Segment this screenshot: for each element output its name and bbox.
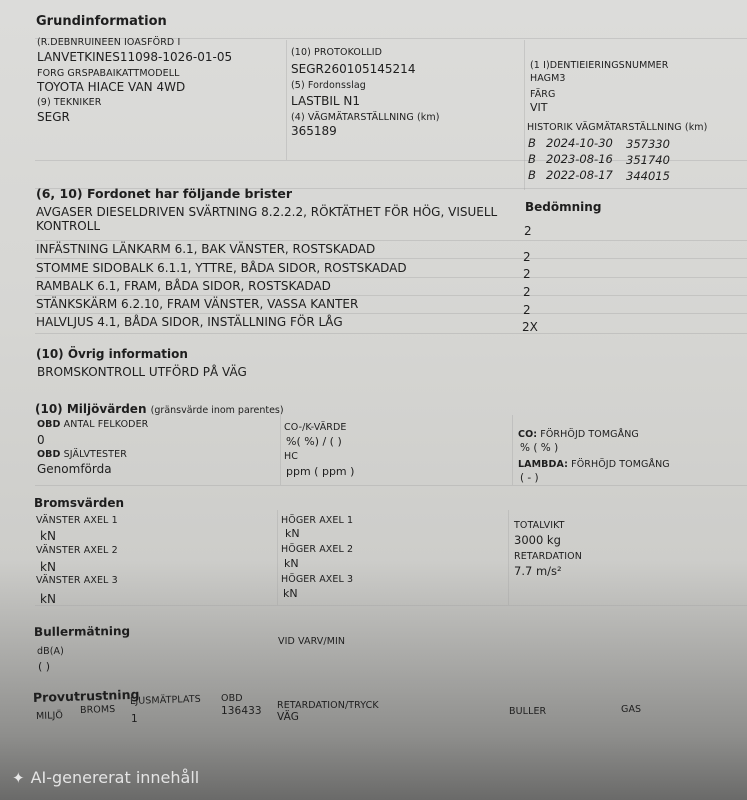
field-label-model: FORG GRSPABAIKATTMODELL	[37, 68, 180, 79]
field-label-hoger-axel-3: HÖGER AXEL 3	[281, 574, 353, 585]
defect-grade: 2	[523, 267, 531, 281]
field-label-co-tomgang: CO: FÖRHÖJD TOMGÅNG	[518, 429, 639, 440]
field-value-retardation: 7.7 m/s²	[514, 564, 562, 578]
defect-item: STÄNKSKÄRM 6.2.10, FRAM VÄNSTER, VASSA K…	[36, 297, 358, 311]
sparkle-icon: ✦	[12, 769, 25, 787]
history-code: B	[528, 152, 536, 166]
defect-grade: 2X	[522, 320, 538, 334]
field-label-obd-sjalvtester: OBD SJÄLVTESTER	[37, 449, 127, 460]
field-label-retardation: RETARDATION	[514, 551, 582, 562]
divider	[35, 313, 747, 314]
section-title-bullermatning: Bullermätning	[34, 624, 130, 639]
field-label-vagmatarstallning: (4) VÄGMÄTARSTÄLLNING (km)	[291, 112, 440, 123]
divider	[35, 295, 747, 296]
divider	[280, 415, 281, 485]
field-label-retardation-tryck: RETARDATION/TRYCK	[277, 700, 379, 711]
divider	[286, 40, 287, 160]
field-value-vanster-axel-3: kN	[40, 592, 56, 606]
field-value-registration: LANVETKINES11098-1026-01-05	[37, 50, 232, 64]
section-title-miljovarden: (10) Miljövärden (gränsvärde inom parent…	[35, 402, 284, 416]
field-label-co-k-varde: CO-/K-VÄRDE	[284, 422, 347, 433]
field-label-vanster-axel-3: VÄNSTER AXEL 3	[36, 575, 118, 586]
field-label-obd: OBD	[221, 693, 243, 704]
divider	[35, 485, 747, 486]
field-value-tekniker: SEGR	[37, 110, 70, 124]
section-title-brister: (6, 10) Fordonet har följande brister	[36, 186, 292, 201]
history-code: B	[528, 136, 536, 150]
defect-grade: 2	[523, 285, 531, 299]
field-label-ljusmatplats: LJUSMÄTPLATS	[130, 694, 201, 707]
field-label-vanster-axel-2: VÄNSTER AXEL 2	[36, 545, 118, 556]
field-value-lambda-tomgang: ( - )	[520, 472, 539, 484]
divider	[277, 510, 278, 605]
history-row: B	[528, 136, 536, 150]
field-value-obd-felkoder: 0	[37, 433, 45, 447]
history-date: 2024-10-30	[546, 136, 613, 150]
obd-sjalvtester-label-text: SJÄLVTESTER	[61, 449, 127, 460]
divider	[35, 277, 747, 278]
field-label-totalvikt: TOTALVIKT	[514, 520, 565, 531]
miljovarden-subtitle: (gränsvärde inom parentes)	[151, 405, 284, 416]
field-value-vanster-axel-2: kN	[40, 560, 56, 574]
bedomning-header: Bedömning	[525, 200, 601, 214]
defect-item: INFÄSTNING LÄNKARM 6.1, BAK VÄNSTER, ROS…	[36, 242, 375, 256]
history-code: B	[528, 168, 536, 182]
section-title-bromsvarden: Bromsvärden	[34, 496, 124, 510]
field-label-miljo: MILJÖ	[36, 710, 63, 722]
field-label-gas: GAS	[621, 704, 641, 715]
field-value-co-k-varde: %( %) / ( )	[286, 435, 342, 448]
field-label-lambda-tomgang: LAMBDA: FÖRHÖJD TOMGÅNG	[518, 459, 670, 470]
field-value-retardation-tryck: VÄG	[277, 711, 299, 723]
field-label-hoger-axel-2: HÖGER AXEL 2	[281, 544, 353, 555]
field-label-hoger-axel-1: HÖGER AXEL 1	[281, 515, 353, 526]
field-label-buller: BULLER	[509, 706, 546, 717]
ovrig-information-text: BROMSKONTROLL UTFÖRD PÅ VÄG	[37, 365, 247, 379]
history-row: B	[528, 168, 536, 182]
defect-grade: 2	[524, 224, 532, 238]
field-label-protokollid: (10) PROTOKOLLID	[291, 47, 382, 58]
defect-item: HALVLJUS 4.1, BÅDA SIDOR, INSTÄLLNING FÖ…	[36, 315, 343, 329]
divider	[35, 605, 747, 606]
lambda-label-text: FÖRHÖJD TOMGÅNG	[568, 459, 670, 470]
field-label-historik: HISTORIK VÄGMÄTARSTÄLLNING (km)	[527, 122, 707, 133]
lambda-label-bold: LAMBDA:	[518, 459, 568, 470]
divider	[512, 415, 513, 485]
field-value-obd: 136433	[221, 705, 262, 717]
obd-label-bold: OBD	[37, 449, 61, 460]
miljovarden-title: (10) Miljövärden	[35, 402, 146, 416]
field-value-hoger-axel-2: kN	[284, 557, 299, 570]
history-km: 351740	[626, 153, 670, 167]
co-label-bold: CO:	[518, 429, 537, 440]
defect-grade: 2	[523, 303, 531, 317]
field-label-registration: (R.DEBNRUINEEN IOASFÖRD I	[37, 37, 180, 48]
divider	[35, 258, 747, 259]
section-title-provutrustning: Provutrustning	[33, 687, 140, 705]
defect-item: AVGASER DIESELDRIVEN SVÄRTNING 8.2.2.2, …	[36, 205, 497, 219]
field-label-fordonsslag: (5) Fordonsslag	[291, 80, 366, 91]
field-label-hc: HC	[284, 451, 298, 462]
field-value-dba: ( )	[38, 660, 50, 673]
field-value-model: TOYOTA HIACE VAN 4WD	[37, 80, 185, 94]
history-date: 2022-08-17	[546, 168, 613, 182]
defect-item: STOMME SIDOBALK 6.1.1, YTTRE, BÅDA SIDOR…	[36, 261, 407, 275]
field-label-farg: FÄRG	[530, 89, 555, 100]
field-label-broms: BROMS	[80, 704, 116, 716]
field-value-hoger-axel-3: kN	[283, 587, 298, 600]
ai-generated-badge: ✦ AI-genererat innehåll	[12, 768, 199, 787]
field-value-hc: ppm ( ppm )	[286, 465, 354, 478]
inspection-protocol-document: Grundinformation (R.DEBNRUINEEN IOASFÖRD…	[0, 0, 747, 800]
divider	[35, 240, 747, 241]
divider	[524, 40, 525, 190]
obd-felkoder-label-text: ANTAL FELKODER	[61, 419, 149, 430]
divider	[508, 510, 509, 605]
field-value-hoger-axel-1: kN	[285, 527, 300, 540]
history-date: 2023-08-16	[546, 152, 613, 166]
field-label-obd-felkoder: OBD ANTAL FELKODER	[37, 419, 148, 430]
defect-item: RAMBALK 6.1, FRAM, BÅDA SIDOR, ROSTSKADA…	[36, 279, 331, 293]
field-value-farg: VIT	[530, 101, 548, 114]
divider	[35, 680, 747, 681]
field-value-identifieringsnummer: HAGM3	[530, 73, 566, 84]
field-label-dba: dB(A)	[37, 646, 64, 657]
section-title-grundinformation: Grundinformation	[36, 14, 167, 29]
field-value-ljusmatplats: 1	[131, 713, 138, 725]
obd-label-bold: OBD	[37, 419, 61, 430]
section-title-ovrig-information: (10) Övrig information	[36, 347, 188, 361]
field-value-obd-sjalvtester: Genomförda	[37, 462, 112, 476]
field-label-vanster-axel-1: VÄNSTER AXEL 1	[36, 515, 118, 526]
history-km: 344015	[626, 169, 670, 183]
field-value-fordonsslag: LASTBIL N1	[291, 94, 360, 108]
ai-generated-label: AI-genererat innehåll	[31, 768, 200, 787]
field-value-totalvikt: 3000 kg	[514, 533, 561, 547]
history-row: B	[528, 152, 536, 166]
history-km: 357330	[626, 137, 670, 151]
defect-item-continued: KONTROLL	[36, 219, 100, 233]
field-value-vagmatarstallning: 365189	[291, 124, 337, 138]
field-value-vanster-axel-1: kN	[40, 529, 56, 543]
field-label-tekniker: (9) TEKNIKER	[37, 97, 101, 108]
field-value-protokollid: SEGR260105145214	[291, 62, 415, 76]
divider	[35, 333, 747, 334]
field-label-vid-varv-min: VID VARV/MIN	[278, 636, 345, 647]
field-value-co-tomgang: % ( % )	[520, 442, 558, 454]
field-label-identifieringsnummer: (1 I)DENTIEIERINGSNUMMER	[530, 60, 668, 71]
co-label-text: FÖRHÖJD TOMGÅNG	[537, 429, 639, 440]
defect-grade: 2	[523, 250, 531, 264]
